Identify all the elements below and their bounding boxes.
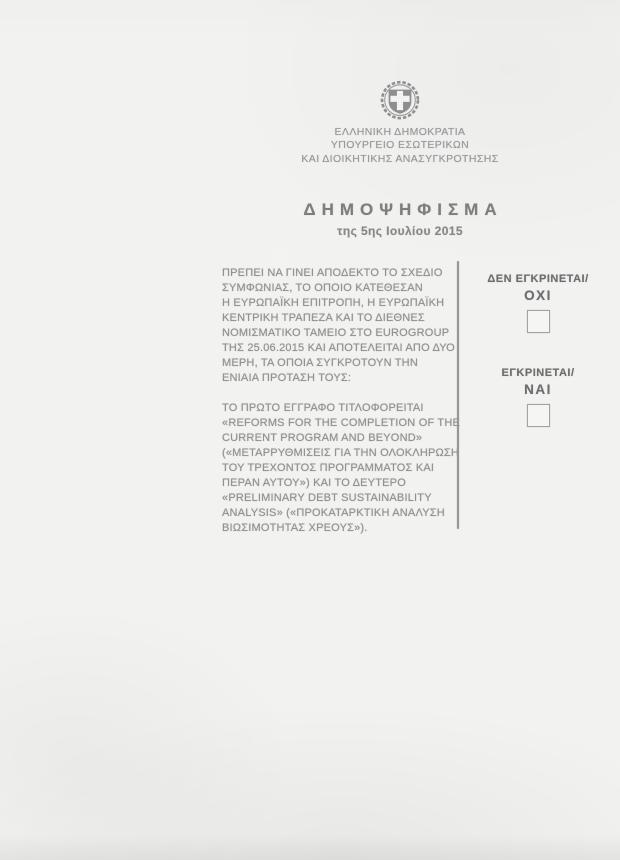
referendum-ballot-page: ΕΛΛΗΝΙΚΗ ΔΗΜΟΚΡΑΤΙΑ ΥΠΟΥΡΓΕΙΟ ΕΣΩΤΕΡΙΚΩΝ…	[0, 0, 620, 860]
option-no: ΔΕΝ ΕΓΚΡΙΝΕΤΑΙ/ ΟΧΙ	[462, 273, 614, 333]
checkbox-yes[interactable]	[527, 404, 550, 427]
ministry-header-line: ΥΠΟΥΡΓΕΙΟ ΕΣΩΤΕΡΙΚΩΝ	[280, 139, 520, 152]
greek-coat-of-arms-icon	[379, 78, 421, 124]
option-yes-label: ΕΓΚΡΙΝΕΤΑΙ/	[462, 367, 614, 380]
question-line: ΒΙΩΣΙΜΟΤΗΤΑΣ ΧΡΕΟΥΣ»).	[222, 521, 460, 536]
option-no-label: ΔΕΝ ΕΓΚΡΙΝΕΤΑΙ/	[462, 273, 614, 286]
question-line: ΣΥΜΦΩΝΙΑΣ, ΤΟ ΟΠΟΙΟ ΚΑΤΕΘΕΣΑΝ	[222, 281, 460, 296]
question-line: ΤΟΥ ΤΡΕΧΟΝΤΟΣ ΠΡΟΓΡΑΜΜΑΤΟΣ ΚΑΙ	[222, 461, 460, 476]
vertical-divider	[457, 261, 459, 529]
question-line: ANALYSIS» («ΠΡΟΚΑΤΑΡΚΤΙΚΗ ΑΝΑΛΥΣΗ	[222, 506, 460, 521]
option-no-answer: ΟΧΙ	[462, 288, 614, 303]
ministry-header: ΕΛΛΗΝΙΚΗ ΔΗΜΟΚΡΑΤΙΑ ΥΠΟΥΡΓΕΙΟ ΕΣΩΤΕΡΙΚΩΝ…	[280, 126, 520, 166]
question-line: ΤΟ ΠΡΩΤΟ ΕΓΓΡΑΦΟ ΤΙΤΛΟΦΟΡΕΙΤΑΙ	[222, 401, 460, 416]
question-text: ΠΡΕΠΕΙ ΝΑ ΓΙΝΕΙ ΑΠΟΔΕΚΤΟ ΤΟ ΣΧΕΔΙΟ ΣΥΜΦΩ…	[222, 266, 460, 536]
question-paragraph-2: ΤΟ ΠΡΩΤΟ ΕΓΓΡΑΦΟ ΤΙΤΛΟΦΟΡΕΙΤΑΙ «REFORMS …	[222, 401, 460, 536]
question-line: ΕΝΙΑΙΑ ΠΡΟΤΑΣΗ ΤΟΥΣ:	[222, 371, 460, 386]
question-paragraph-1: ΠΡΕΠΕΙ ΝΑ ΓΙΝΕΙ ΑΠΟΔΕΚΤΟ ΤΟ ΣΧΕΔΙΟ ΣΥΜΦΩ…	[222, 266, 460, 386]
referendum-date: της 5ης Ιουλίου 2015	[280, 224, 520, 238]
emblem-container	[290, 78, 510, 124]
question-line: Η ΕΥΡΩΠΑΪΚΗ ΕΠΙΤΡΟΠΗ, Η ΕΥΡΩΠΑΪΚΗ	[222, 296, 460, 311]
question-line: CURRENT PROGRAM AND BEYOND»	[222, 431, 460, 446]
question-line: ΠΡΕΠΕΙ ΝΑ ΓΙΝΕΙ ΑΠΟΔΕΚΤΟ ΤΟ ΣΧΕΔΙΟ	[222, 266, 460, 281]
ministry-header-line: ΚΑΙ ΔΙΟΙΚΗΤΙΚΗΣ ΑΝΑΣΥΓΚΡΟΤΗΣΗΣ	[280, 153, 520, 166]
question-line: ΚΕΝΤΡΙΚΗ ΤΡΑΠΕΖΑ ΚΑΙ ΤΟ ΔΙΕΘΝΕΣ	[222, 311, 460, 326]
referendum-title: ΔΗΜΟΨΗΦΙΣΜΑ	[280, 200, 520, 220]
question-line: ΜΕΡΗ, ΤΑ ΟΠΟΙΑ ΣΥΓΚΡΟΤΟΥΝ ΤΗΝ	[222, 356, 460, 371]
question-line: («ΜΕΤΑΡΡΥΘΜΙΣΕΙΣ ΓΙΑ ΤΗΝ ΟΛΟΚΛΗΡΩΣΗ	[222, 446, 460, 461]
checkbox-no[interactable]	[527, 310, 550, 333]
question-line: «PRELIMINARY DEBT SUSTAINABILITY	[222, 491, 460, 506]
option-yes: ΕΓΚΡΙΝΕΤΑΙ/ ΝΑΙ	[462, 367, 614, 427]
option-yes-answer: ΝΑΙ	[462, 382, 614, 397]
question-line: «REFORMS FOR THE COMPLETION OF THE	[222, 416, 460, 431]
question-line: ΤΗΣ 25.06.2015 ΚΑΙ ΑΠΟΤΕΛΕΙΤΑΙ ΑΠΟ ΔΥΟ	[222, 341, 460, 356]
question-line: ΠΕΡΑΝ ΑΥΤΟΥ») ΚΑΙ ΤΟ ΔΕΥΤΕΡΟ	[222, 476, 460, 491]
ministry-header-line: ΕΛΛΗΝΙΚΗ ΔΗΜΟΚΡΑΤΙΑ	[280, 126, 520, 139]
question-line: ΝΟΜΙΣΜΑΤΙΚΟ ΤΑΜΕΙΟ ΣΤΟ EUROGROUP	[222, 326, 460, 341]
